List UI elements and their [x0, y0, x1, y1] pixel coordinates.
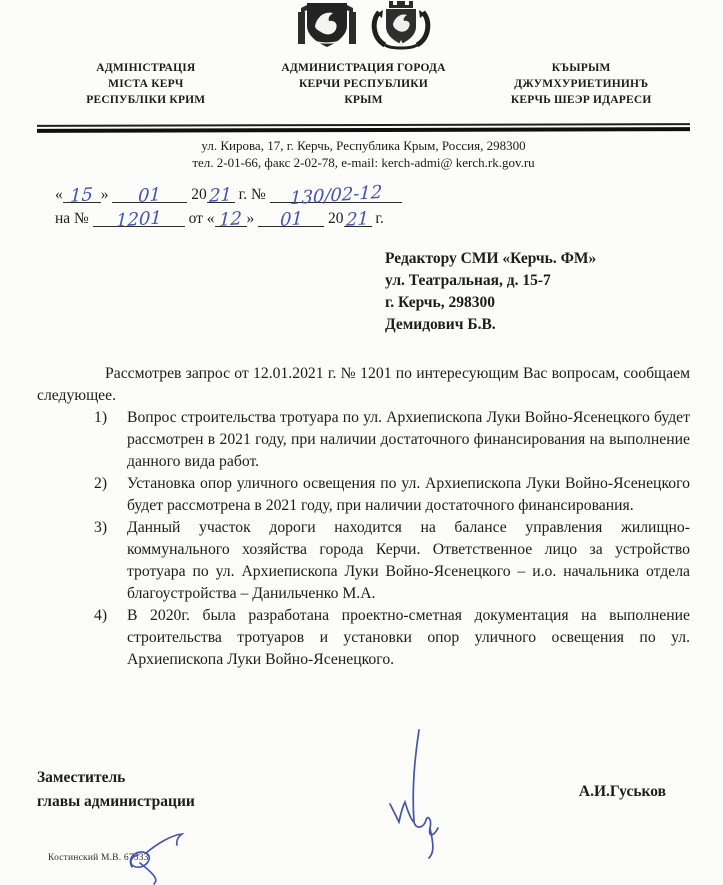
list-item-text: Вопрос строительства тротуара по ул. Арх… [127, 409, 690, 470]
signoff-title: Заместитель главы администрации [37, 766, 195, 814]
list-item-text: Данный участок дороги находится на балан… [127, 519, 690, 602]
letterhead-rule-thin [37, 123, 690, 127]
outgoing-month-blank: 01 [112, 183, 187, 203]
quote-open: « [55, 186, 63, 203]
incoming-month-blank: 01 [258, 207, 324, 227]
incoming-day-blank: 12 [215, 207, 247, 227]
list-item-number: 4) [94, 605, 107, 627]
address-line: ул. Кирова, 17, г. Керчь, Республика Кры… [37, 137, 690, 154]
list-item-text: Установка опор уличного освещения по ул.… [127, 475, 690, 514]
recipient-city: г. Керчь, 298300 [385, 292, 690, 314]
outgoing-day-blank: 15 [63, 183, 101, 203]
org-line: АДМИНИСТРАЦИЯ ГОРОДА [255, 60, 473, 76]
signoff-row: Заместитель главы администрации А.И.Гусь… [37, 766, 690, 814]
recipient-block: Редактору СМИ «Керчь. ФМ» ул. Театральна… [385, 248, 690, 336]
year-label: г. [375, 210, 383, 227]
org-line: РЕСПУБЛІКИ КРИМ [37, 92, 255, 108]
incoming-year-handwritten: 21 [346, 208, 370, 231]
recipient-person: Демидович Б.В. [385, 314, 690, 336]
list-item-3: 3) Данный участок дороги находится на ба… [37, 517, 690, 605]
list-item-2: 2) Установка опор уличного освещения по … [37, 473, 690, 517]
recipient-title: Редактору СМИ «Керчь. ФМ» [385, 248, 690, 270]
incoming-year-blank: 21 [344, 207, 372, 227]
incoming-number-handwritten: 1201 [115, 207, 161, 231]
org-line: МІСТА КЕРЧ [37, 76, 255, 92]
list-item-number: 1) [94, 407, 107, 429]
outgoing-year-blank: 21 [207, 183, 235, 203]
org-line: КЕРЧЬ ШЕЭР ИДАРЕСИ [472, 92, 690, 108]
outgoing-reference-line: «15» 01 2021 г. № 130/02-12 [55, 183, 690, 207]
intro-paragraph: Рассмотрев запрос от 12.01.2021 г. № 120… [37, 363, 690, 407]
signoff-title-line: главы администрации [37, 790, 195, 814]
outgoing-number-handwritten: 130/02-12 [289, 182, 382, 210]
org-name-ukrainian: АДМІНІСТРАЦІЯ МІСТА КЕРЧ РЕСПУБЛІКИ КРИМ [37, 60, 255, 108]
signoff-name: А.И.Гуськов [579, 780, 666, 804]
recipient-street: ул. Театральная, д. 15-7 [385, 270, 690, 292]
org-line: ДЖУМХУРИЕТИНИНЪ [472, 76, 690, 92]
contacts-line: тел. 2-01-66, факс 2-02-78, e-mail: kerc… [37, 154, 690, 171]
letterhead-address: ул. Кирова, 17, г. Керчь, Республика Кры… [37, 137, 690, 171]
executor-paraph-icon [118, 833, 210, 885]
incoming-day-handwritten: 12 [219, 208, 243, 231]
reference-block: «15» 01 2021 г. № 130/02-12 на № 1201 от… [37, 183, 690, 231]
signoff-title-line: Заместитель [37, 766, 195, 790]
scanned-letter-page: АДМІНІСТРАЦІЯ МІСТА КЕРЧ РЕСПУБЛІКИ КРИМ… [0, 0, 723, 885]
quote-close: » [101, 186, 109, 203]
org-line: КЕРЧИ РЕСПУБЛИКИ [255, 76, 473, 92]
incoming-month-handwritten: 01 [279, 208, 303, 231]
org-line: КРЫМ [255, 92, 473, 108]
year-century: 20 [191, 186, 207, 203]
outgoing-number-blank: 130/02-12 [270, 183, 402, 203]
outgoing-month-handwritten: 01 [138, 184, 162, 207]
signature-ink-icon [372, 728, 467, 860]
org-line: КЪЫРЫМ [472, 60, 690, 76]
org-line: АДМІНІСТРАЦІЯ [37, 60, 255, 76]
outgoing-day-handwritten: 15 [70, 184, 94, 207]
outgoing-year-handwritten: 21 [209, 184, 233, 207]
list-item-number: 3) [94, 517, 107, 539]
letterhead-emblems [37, 0, 690, 50]
letter-body: Рассмотрев запрос от 12.01.2021 г. № 120… [37, 363, 690, 671]
list-item-4: 4) В 2020г. была разработана проектно-см… [37, 605, 690, 671]
outgoing-number-label: г. № [239, 186, 266, 203]
year-century: 20 [328, 210, 344, 227]
letterhead-org-names: АДМІНІСТРАЦІЯ МІСТА КЕРЧ РЕСПУБЛІКИ КРИМ… [37, 60, 690, 108]
quote-close: » [247, 210, 255, 227]
org-name-russian: АДМИНИСТРАЦИЯ ГОРОДА КЕРЧИ РЕСПУБЛИКИ КР… [255, 60, 473, 108]
list-item-number: 2) [94, 473, 107, 495]
incoming-reference-line: на № 1201 от «12» 01 2021 г. [55, 207, 690, 231]
letterhead-rule-thick [37, 127, 690, 133]
org-name-crimean-tatar: КЪЫРЫМ ДЖУМХУРИЕТИНИНЪ КЕРЧЬ ШЕЭР ИДАРЕС… [472, 60, 690, 108]
kerch-coat-of-arms-icon [369, 0, 433, 50]
reply-label: на № [55, 210, 89, 227]
from-label: от « [189, 210, 215, 227]
crimea-coat-of-arms-icon [295, 0, 359, 50]
list-item-text: В 2020г. была разработана проектно-сметн… [127, 607, 690, 668]
list-item-1: 1) Вопрос строительства тротуара по ул. … [37, 407, 690, 473]
incoming-number-blank: 1201 [93, 207, 185, 227]
